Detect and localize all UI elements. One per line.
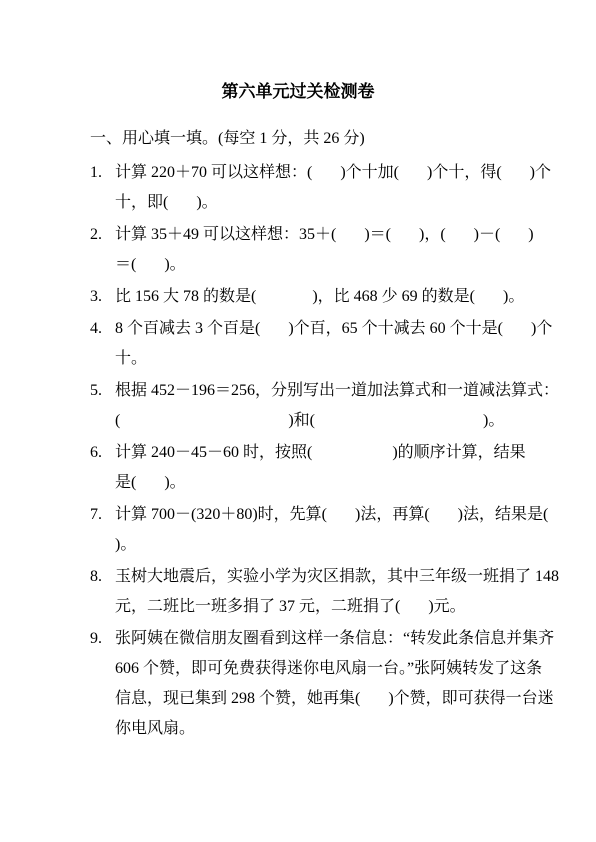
question-line: 十。 — [115, 344, 536, 374]
question-number: 2. — [90, 220, 115, 250]
section-heading: 一、用心填一填。(每空 1 分，共 26 分) — [90, 124, 536, 154]
question-3: 3.比 156 大 78 的数是( )，比 468 少 69 的数是( )。 — [90, 282, 536, 312]
question-number: 8. — [90, 562, 115, 592]
question-text: 计算 700－(320＋80)时，先算( )法，再算( )法，结果是( — [115, 506, 548, 523]
question-line: 5.根据 452－196＝256，分别写出一道加法算式和一道减法算式： — [115, 376, 536, 406]
question-number: 4. — [90, 314, 115, 344]
question-line: 606 个赞，即可免费获得迷你电风扇一台。”张阿姨转发了这条 — [115, 654, 536, 684]
question-line: 4.8 个百减去 3 个百是( )个百，65 个十减去 60 个十是( )个 — [115, 314, 536, 344]
question-line: ( )和( )。 — [115, 406, 536, 436]
question-text: 张阿姨在微信朋友圈看到这样一条信息：“转发此条信息并集齐 — [115, 630, 554, 647]
question-text: 比 156 大 78 的数是( )，比 468 少 69 的数是( )。 — [115, 288, 524, 305]
question-8: 8.玉树大地震后，实验小学为灾区捐款，其中三年级一班捐了 148 元，二班比一班… — [90, 562, 536, 622]
question-7: 7.计算 700－(320＋80)时，先算( )法，再算( )法，结果是( )。 — [90, 500, 536, 560]
page-title: 第六单元过关检测卷 — [0, 0, 596, 103]
question-line: 元，二班比一班多捐了 37 元，二班捐了( )元。 — [115, 592, 536, 622]
question-number: 9. — [90, 624, 115, 654]
question-number: 6. — [90, 438, 115, 468]
question-6: 6.计算 240－45－60 时，按照( )的顺序计算，结果 是( )。 — [90, 438, 536, 498]
question-number: 1. — [90, 158, 115, 188]
question-line: 3.比 156 大 78 的数是( )，比 468 少 69 的数是( )。 — [115, 282, 536, 312]
question-text: 计算 35＋49 可以这样想：35＋( )＝( )，( )－( ) — [115, 226, 534, 243]
question-line: 8.玉树大地震后，实验小学为灾区捐款，其中三年级一班捐了 148 — [115, 562, 536, 592]
question-line: 7.计算 700－(320＋80)时，先算( )法，再算( )法，结果是( — [115, 500, 536, 530]
question-line: 1.计算 220＋70 可以这样想：( )个十加( )个十，得( )个 — [115, 158, 536, 188]
question-text: 玉树大地震后，实验小学为灾区捐款，其中三年级一班捐了 148 — [115, 568, 559, 585]
question-number: 5. — [90, 376, 115, 406]
question-4: 4.8 个百减去 3 个百是( )个百，65 个十减去 60 个十是( )个 十… — [90, 314, 536, 374]
question-line: 2.计算 35＋49 可以这样想：35＋( )＝( )，( )－( ) — [115, 220, 536, 250]
question-2: 2.计算 35＋49 可以这样想：35＋( )＝( )，( )－( ) ＝( )… — [90, 220, 536, 280]
question-text: 计算 220＋70 可以这样想：( )个十加( )个十，得( )个 — [115, 164, 551, 181]
question-line: 9.张阿姨在微信朋友圈看到这样一条信息：“转发此条信息并集齐 — [115, 624, 536, 654]
question-line: ＝( )。 — [115, 250, 536, 280]
question-line: 是( )。 — [115, 468, 536, 498]
exam-page: 第六单元过关检测卷 一、用心填一填。(每空 1 分，共 26 分) 1.计算 2… — [0, 0, 596, 842]
question-line: 十，即( )。 — [115, 188, 536, 218]
question-number: 3. — [90, 282, 115, 312]
page-content: 一、用心填一填。(每空 1 分，共 26 分) 1.计算 220＋70 可以这样… — [90, 124, 536, 744]
question-5: 5.根据 452－196＝256，分别写出一道加法算式和一道减法算式： ( )和… — [90, 376, 536, 436]
question-line: 6.计算 240－45－60 时，按照( )的顺序计算，结果 — [115, 438, 536, 468]
question-text: 计算 240－45－60 时，按照( )的顺序计算，结果 — [115, 444, 526, 461]
question-1: 1.计算 220＋70 可以这样想：( )个十加( )个十，得( )个 十，即(… — [90, 158, 536, 218]
question-line: 信息，现已集到 298 个赞，她再集( )个赞，即可获得一台迷 — [115, 684, 536, 714]
question-line: )。 — [115, 530, 536, 560]
question-list: 1.计算 220＋70 可以这样想：( )个十加( )个十，得( )个 十，即(… — [90, 158, 536, 744]
question-text: 根据 452－196＝256，分别写出一道加法算式和一道减法算式： — [115, 382, 559, 399]
question-text: 8 个百减去 3 个百是( )个百，65 个十减去 60 个十是( )个 — [115, 320, 552, 337]
question-number: 7. — [90, 500, 115, 530]
question-9: 9.张阿姨在微信朋友圈看到这样一条信息：“转发此条信息并集齐 606 个赞，即可… — [90, 624, 536, 744]
question-line: 你电风扇。 — [115, 714, 536, 744]
